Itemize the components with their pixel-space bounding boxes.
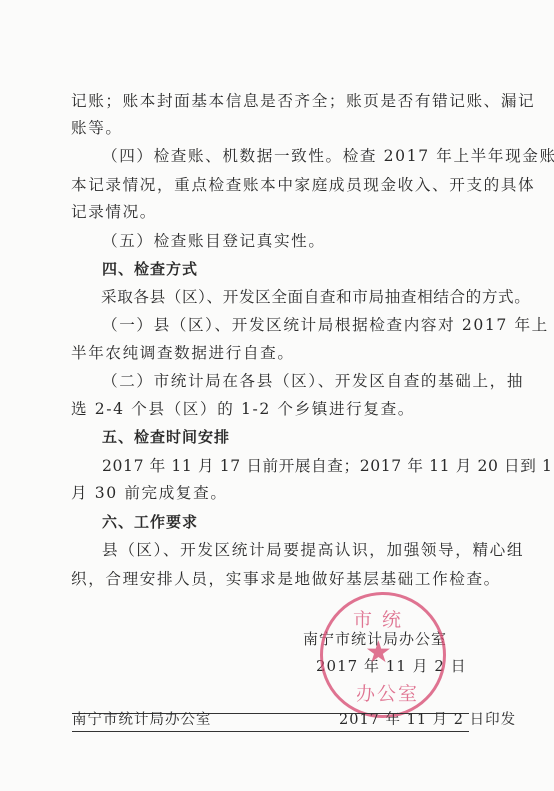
body-line: 采取各县（区）、开发区全面自查和市局抽查相结合的方式。: [101, 287, 516, 307]
body-line: （二）市统计局在各县（区）、开发区自查的基础上，抽: [102, 371, 517, 391]
seal-bottom-text: 办公室: [356, 679, 419, 706]
body-line: 织，合理安排人员，实事求是地做好基层基础工作检查。: [71, 569, 486, 589]
body-line: 2017 年 11 月 17 日前开展自查；2017 年 11 月 20 日到 …: [102, 456, 517, 476]
body-line: 本记录情况，重点检查账本中家庭成员现金收入、开支的具体: [71, 175, 486, 195]
body-line: 半年农纯调查数据进行自查。: [71, 343, 486, 363]
body-line: 县（区）、开发区统计局要提高认识，加强领导，精心组: [102, 540, 517, 560]
body-line: （一）县（区）、开发区统计局根据检查内容对 2017 年上: [102, 315, 517, 335]
section-heading-schedule: 五、检查时间安排: [102, 427, 517, 447]
body-line: 账等。: [71, 118, 486, 138]
signature-date: 2017 年 11 月 2 日: [316, 656, 467, 676]
body-line: 月 30 前完成复查。: [71, 483, 486, 503]
body-line: （四）检查账、机数据一致性。检查 2017 年上半年现金账: [102, 146, 517, 166]
body-line: 记账；账本封面基本信息是否齐全；账页是否有错记账、漏记: [71, 91, 486, 111]
signature-org: 南宁市统计局办公室: [303, 629, 447, 649]
body-line: 记录情况。: [71, 202, 486, 222]
footer-issuer: 南宁市统计局办公室: [72, 710, 212, 730]
seal-top-text: 市 统: [353, 605, 403, 632]
body-line: 选 2-4 个县（区）的 1-2 个乡镇进行复查。: [71, 399, 486, 419]
section-heading-requirements: 六、工作要求: [102, 512, 517, 532]
document-page: 记账；账本封面基本信息是否齐全；账页是否有错记账、漏记 账等。 （四）检查账、机…: [0, 0, 554, 791]
footer-issue-date: 2017 年 11 月 2 日印发: [339, 710, 516, 730]
body-line: （五）检查账目登记真实性。: [102, 231, 517, 251]
section-heading-method: 四、检查方式: [102, 259, 517, 279]
official-seal: 市 统 ★ 办公室: [320, 592, 446, 718]
footer-bottom-rule: [72, 731, 469, 732]
